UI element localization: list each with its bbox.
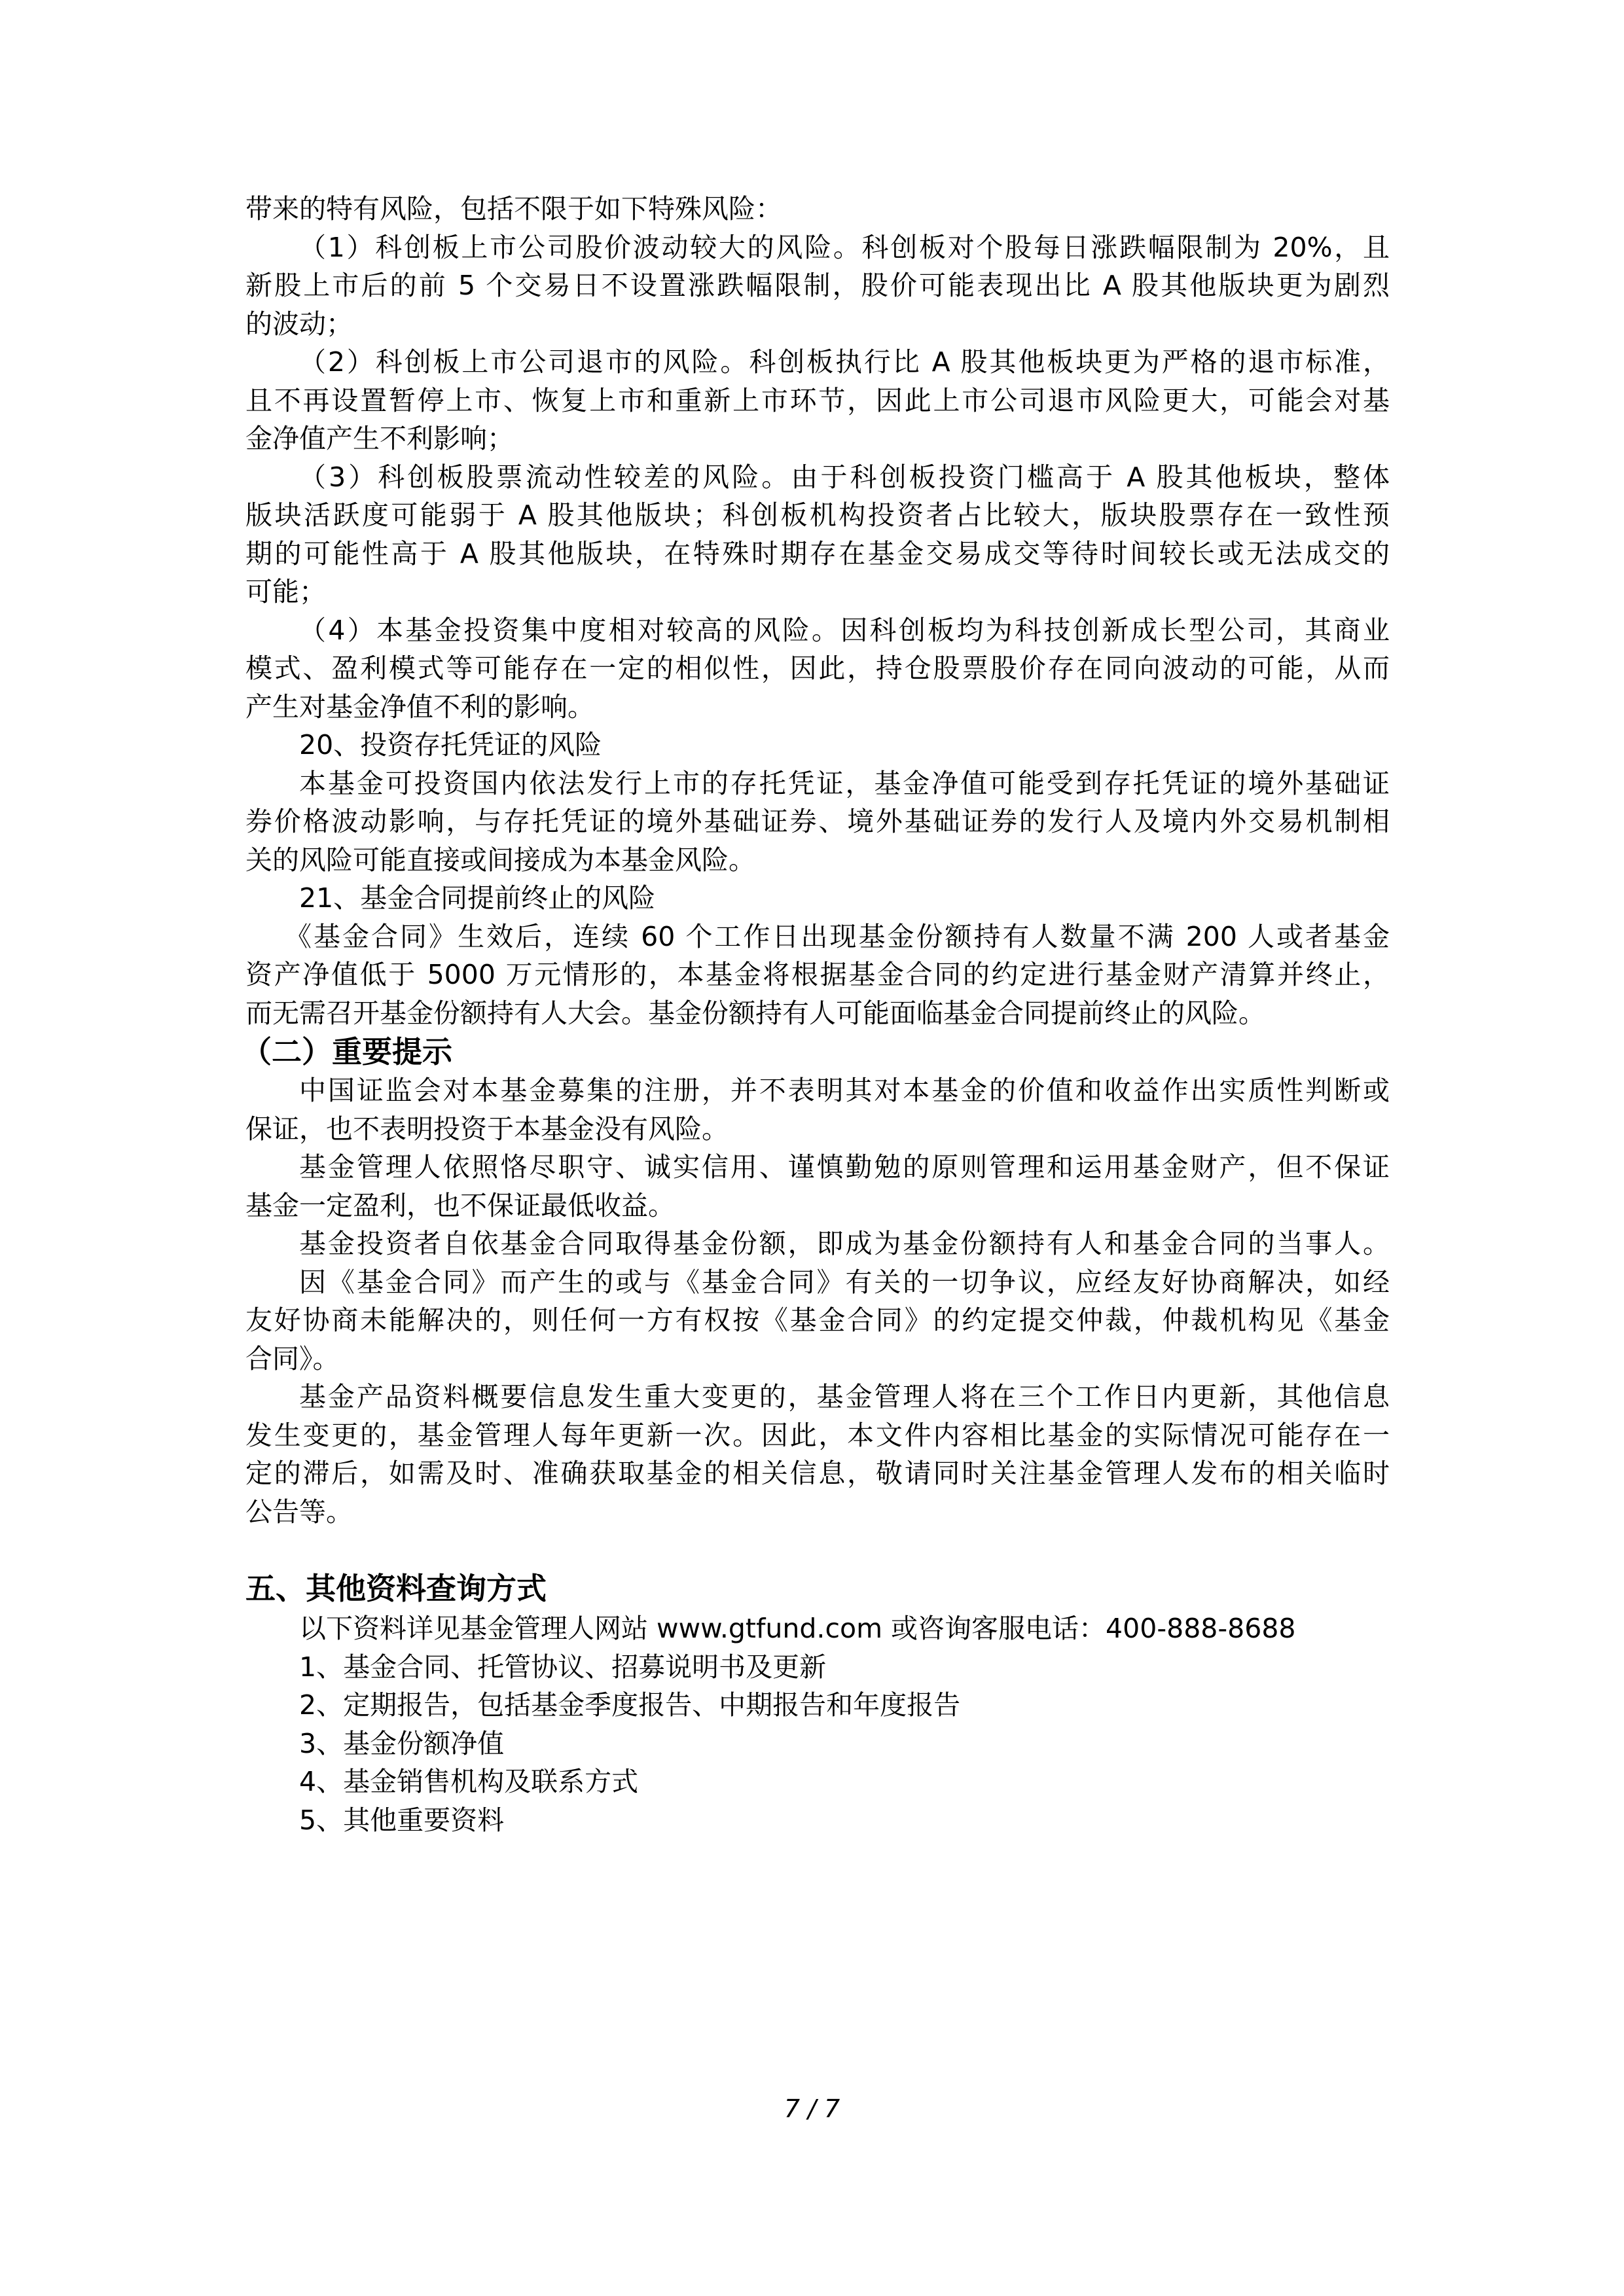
section-5-other-info: 五、其他资料查询方式 以下资料详见基金管理人网站 www.gtfund.com … [245,1568,1390,1839]
paragraph-line: 新股上市后的前 5 个交易日不设置涨跌幅限制，股价可能表现出比 A 股其他版块更… [245,266,1390,305]
section-21: 21、基金合同提前终止的风险 《基金合同》生效后，连续 60 个工作日出现基金份… [245,879,1390,1032]
paragraph-line: 公告等。 [245,1493,1390,1532]
paragraph-line: 基金一定盈利，也不保证最低收益。 [245,1187,1390,1225]
important-notice-title: （二）重要提示 [242,1032,1390,1071]
paragraph-line: 而无需召开基金份额持有人大会。基金份额持有人可能面临基金合同提前终止的风险。 [245,994,1390,1033]
paragraph-line: 友好协商未能解决的，则任何一方有权按《基金合同》的约定提交仲裁，仲裁机构见《基金 [245,1301,1390,1340]
notice-paragraph-2: 基金管理人依照恪尽职守、诚实信用、谨慎勤勉的原则管理和运用基金财产，但不保证 基… [245,1148,1390,1225]
section-20: 20、投资存托凭证的风险 本基金可投资国内依法发行上市的存托凭证，基金净值可能受… [245,726,1390,879]
paragraph-line: 保证，也不表明投资于本基金没有风险。 [245,1110,1390,1149]
paragraph-line: 基金投资者自依基金合同取得基金份额，即成为基金份额持有人和基金合同的当事人。 [245,1225,1390,1263]
paragraph-line: 可能； [245,573,1390,611]
paragraph-line: 的波动； [245,305,1390,344]
paragraph-line: 版块活跃度可能弱于 A 股其他版块；科创板机构投资者占比较大，版块股票存在一致性… [245,496,1390,535]
paragraph-line: （2）科创板上市公司退市的风险。科创板执行比 A 股其他板块更为严格的退市标准， [245,343,1390,382]
paragraph-line: 基金管理人依照恪尽职守、诚实信用、谨慎勤勉的原则管理和运用基金财产，但不保证 [245,1148,1390,1187]
info-list-item: 5、其他重要资料 [245,1801,1390,1840]
paragraph-line: 合同》。 [245,1340,1390,1378]
paragraph-line: 《基金合同》生效后，连续 60 个工作日出现基金份额持有人数量不满 200 人或… [245,918,1390,956]
intro-line: 带来的特有风险，包括不限于如下特殊风险： [245,190,1390,228]
notice-paragraph-5: 基金产品资料概要信息发生重大变更的，基金管理人将在三个工作日内更新，其他信息 发… [245,1378,1390,1531]
notice-paragraph-1: 中国证监会对本基金募集的注册，并不表明其对本基金的价值和收益作出实质性判断或 保… [245,1071,1390,1148]
paragraph-line: 基金产品资料概要信息发生重大变更的，基金管理人将在三个工作日内更新，其他信息 [245,1378,1390,1416]
section-5-intro: 以下资料详见基金管理人网站 www.gtfund.com 或咨询客服电话：400… [245,1609,1390,1648]
section-5-title: 五、其他资料查询方式 [245,1568,1390,1609]
paragraph-line: （4）本基金投资集中度相对较高的风险。因科创板均为科技创新成长型公司，其商业 [245,611,1390,650]
important-notice-section: （二）重要提示 中国证监会对本基金募集的注册，并不表明其对本基金的价值和收益作出… [245,1032,1390,1531]
paragraph-line: 期的可能性高于 A 股其他版块，在特殊时期存在基金交易成交等待时间较长或无法成交… [245,535,1390,573]
paragraph-line: 资产净值低于 5000 万元情形的，本基金将根据基金合同的约定进行基金财产清算并… [245,956,1390,994]
notice-paragraph-4: 因《基金合同》而产生的或与《基金合同》有关的一切争议，应经友好协商解决，如经 友… [245,1263,1390,1378]
risk-item-4: （4）本基金投资集中度相对较高的风险。因科创板均为科技创新成长型公司，其商业 模… [245,611,1390,726]
paragraph-line: 且不再设置暂停上市、恢复上市和重新上市环节，因此上市公司退市风险更大，可能会对基 [245,382,1390,420]
paragraph-line: 发生变更的，基金管理人每年更新一次。因此，本文件内容相比基金的实际情况可能存在一 [245,1416,1390,1455]
paragraph-line: 定的滞后，如需及时、准确获取基金的相关信息，敬请同时关注基金管理人发布的相关临时 [245,1454,1390,1493]
paragraph-line: 关的风险可能直接或间接成为本基金风险。 [245,841,1390,880]
paragraph-line: 金净值产生不利影响； [245,420,1390,458]
paragraph-line: 产生对基金净值不利的影响。 [245,688,1390,726]
notice-paragraph-3: 基金投资者自依基金合同取得基金份额，即成为基金份额持有人和基金合同的当事人。 [245,1225,1390,1263]
section-20-title: 20、投资存托凭证的风险 [245,726,1390,764]
paragraph-line: 模式、盈利模式等可能存在一定的相似性，因此，持仓股票股价存在同向波动的可能，从而 [245,649,1390,688]
info-list-item: 3、基金份额净值 [245,1725,1390,1763]
paragraph-line: 本基金可投资国内依法发行上市的存托凭证，基金净值可能受到存托凭证的境外基础证 [245,764,1390,803]
paragraph-line: （3）科创板股票流动性较差的风险。由于科创板投资门槛高于 A 股其他板块，整体 [245,458,1390,497]
risk-item-1: （1）科创板上市公司股价波动较大的风险。科创板对个股每日涨跌幅限制为 20%，且… [245,228,1390,344]
paragraph-line: （1）科创板上市公司股价波动较大的风险。科创板对个股每日涨跌幅限制为 20%，且 [245,228,1390,267]
info-list-item: 1、基金合同、托管协议、招募说明书及更新 [245,1648,1390,1687]
info-list-item: 2、定期报告，包括基金季度报告、中期报告和年度报告 [245,1686,1390,1725]
paragraph-line: 券价格波动影响，与存托凭证的境外基础证券、境外基础证券的发行人及境内外交易机制相 [245,802,1390,841]
info-list-item: 4、基金销售机构及联系方式 [245,1763,1390,1801]
risk-item-3: （3）科创板股票流动性较差的风险。由于科创板投资门槛高于 A 股其他板块，整体 … [245,458,1390,611]
section-21-title: 21、基金合同提前终止的风险 [245,879,1390,918]
paragraph-line: 因《基金合同》而产生的或与《基金合同》有关的一切争议，应经友好协商解决，如经 [245,1263,1390,1302]
risk-item-2: （2）科创板上市公司退市的风险。科创板执行比 A 股其他板块更为严格的退市标准，… [245,343,1390,458]
page-number: 7 / 7 [0,2094,1624,2123]
paragraph-line: 中国证监会对本基金募集的注册，并不表明其对本基金的价值和收益作出实质性判断或 [245,1071,1390,1110]
document-page: 带来的特有风险，包括不限于如下特殊风险： （1）科创板上市公司股价波动较大的风险… [245,190,1390,1839]
